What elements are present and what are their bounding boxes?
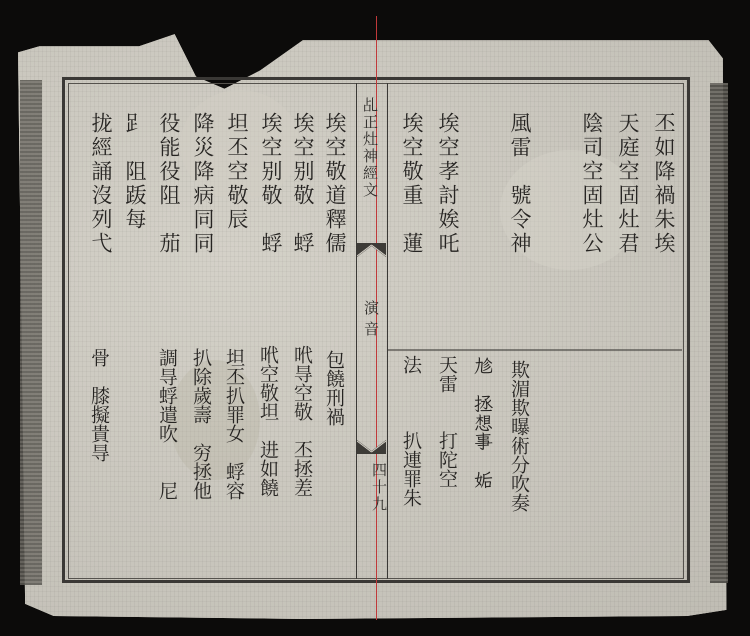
lower-column-9: 包饒刑禍𩈘𢜏𨇜𢙭 [322,350,346,502]
lower-column-11: 𠰺空敬坦𤊰进如饒 [256,345,280,497]
upper-column-10: 埃空别敬𡘯蜉 [290,112,316,256]
upper-column-15: 𧾷𡗶阻䟦每𣅶 [122,112,148,256]
upper-column-5: 風雷𤈜號令神 [507,112,533,256]
lower-column-8: 法𢂞𢜠𫏾扒連罪朱 [399,355,423,507]
fishtail-bottom-icon [357,440,386,454]
lower-column-3: 𥚄生几死弄𦬑堆塘 [579,355,603,507]
upper-column-6: 𥚄𠔩拯敬拯求 [471,112,497,256]
register-divider-right [388,349,682,351]
upper-column-11: 埃空别敬𡘯蜉 [258,112,284,256]
binding-edge-right [710,83,728,583]
lower-column-12: 坦丕扒罪女𢂞蜉容 [222,348,246,500]
upper-column-2: 天庭空固灶君 [615,112,641,256]
upper-column-13: 降災降病同同 [190,112,216,256]
lower-column-1: 𩩫𪑃拱沛晦蜉買分 [651,350,675,502]
section-label: 演音 [361,300,382,342]
lower-column-15: 𢴑香𩩫沛沼𩛄𪄮𢒎 [121,348,145,500]
upper-column-4: 𧵑茄空固灶王 [543,112,569,256]
lower-column-16: 骨𧵑膝擬貴㝵𠃩𡗶 [87,348,111,500]
upper-column-9: 埃空敬道釋儒 [322,112,348,256]
lower-column-14: 調㝵蜉遣吹𪄮𦬑尼 [155,348,179,500]
folio-number: 四十九 [369,462,390,513]
lower-column-13: 扒除歲壽𡘯穷拯他 [189,348,213,500]
book-title: 乩正灶神經文 [360,97,381,199]
upper-column-12: 坦丕空敬辰𤋾 [224,112,250,256]
upper-column-7: 埃空孝討娭吒 [435,112,461,256]
upper-column-3: 陰司空固灶公 [579,112,605,256]
upper-column-16: 拢經誦沒列弋 [88,112,114,256]
upper-column-8: 埃空敬重𥚄蓮 [399,112,425,256]
lower-column-2: 𣎃聰𢂞几拖𢫘𤈜𤈜 [615,360,639,512]
lower-column-5: 欺湄欺曝術分吹奏 [507,360,531,512]
lower-column-4: 𥚄善几惡惛忙拯分 [543,355,567,507]
upper-column-14: 役能役阻𧵑茄 [156,112,182,256]
lower-column-6: 𠃩𤋾拯想事𦲒姤𢒎 [471,355,495,507]
lower-column-7: 天雷𢜠𫏾打陀空𢟊 [435,355,459,507]
upper-column-1: 丕如降禍朱埃 [651,112,677,256]
fishtail-top-icon [357,243,386,257]
binding-edge-left [20,80,42,585]
lower-column-10: 𠰺㝵空敬𡘯丕拯差 [290,345,314,497]
